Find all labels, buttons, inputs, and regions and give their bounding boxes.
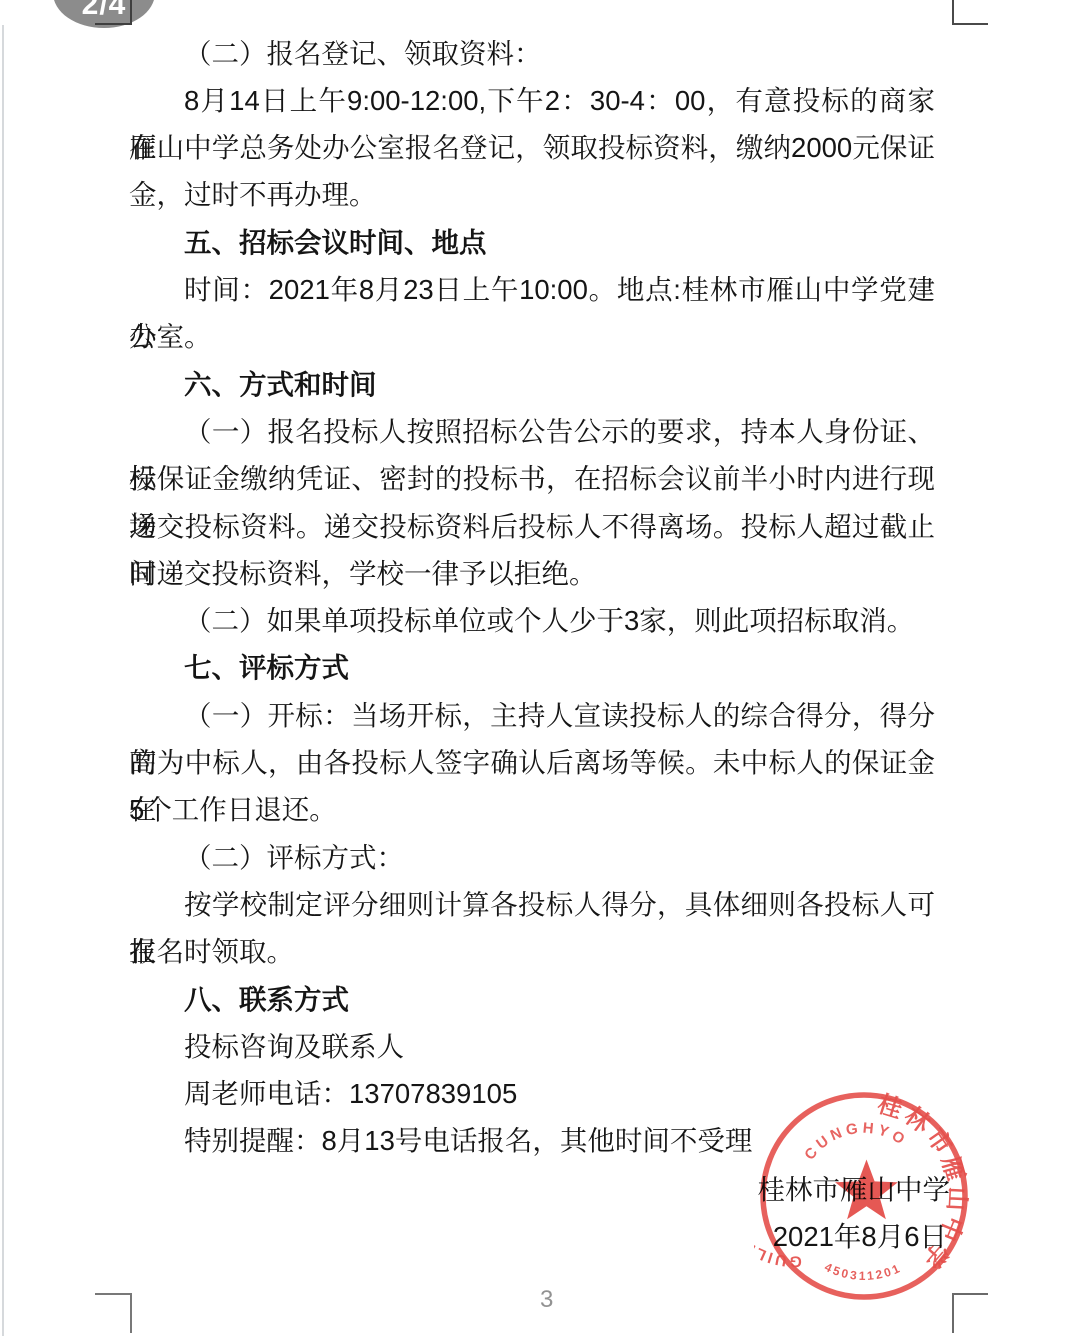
document-page: 2/4 （二）报名登记、领取资料：8月14日上午9:00-12:00,下午2：3…: [0, 0, 1080, 1336]
doc-line: 投标咨询及联系人: [129, 1023, 935, 1070]
doc-line: 标保证金缴纳凭证、密封的投标书，在招标会议前半小时内进行现场: [129, 455, 935, 502]
doc-line: 公室。: [129, 313, 935, 360]
doc-line: （一）开标：当场开标，主持人宣读投标人的综合得分，得分高: [129, 692, 935, 739]
text-boundary-mark-top-left: [95, 0, 132, 25]
doc-line: 时间：2021年8月23日上午10:00。地点:桂林市雁山中学党建办: [129, 266, 935, 313]
text-boundary-mark-top-right: [952, 0, 988, 25]
doc-line: 的为中标人，由各投标人签字确认后离场等候。未中标人的保证金在: [129, 739, 935, 786]
doc-line: 五、招标会议时间、地点: [129, 219, 935, 266]
seal-star: [835, 1160, 898, 1220]
doc-line: 金，过时不再办理。: [129, 171, 935, 218]
doc-line: 雁山中学总务处办公室报名登记，领取投标资料，缴纳2000元保证: [129, 124, 935, 171]
doc-line: 递交投标资料。递交投标资料后投标人不得离场。投标人超过截止时: [129, 503, 935, 550]
doc-line: （二）如果单项投标单位或个人少于3家，则此项招标取消。: [129, 597, 935, 644]
doc-line: （二）评标方式：: [129, 834, 935, 881]
official-seal-stamp: GUILINZ SI YENSANH 桂林市雁山中学 CUNGHYOZ 4503…: [754, 1086, 974, 1306]
doc-line: 六、方式和时间: [129, 361, 935, 408]
doc-line: （一）报名投标人按照招标公告公示的要求，持本人身份证、投: [129, 408, 935, 455]
doc-line: 报名时领取。: [129, 928, 935, 975]
doc-line: 间递交投标资料，学校一律予以拒绝。: [129, 550, 935, 597]
doc-line: 八、联系方式: [129, 976, 935, 1023]
doc-line: 5个工作日退还。: [129, 786, 935, 833]
doc-line: 按学校制定评分细则计算各投标人得分，具体细则各投标人可在: [129, 881, 935, 928]
doc-line: 七、评标方式: [129, 644, 935, 691]
screen-edge-line: [2, 25, 4, 1336]
text-boundary-mark-bottom-left: [95, 1293, 132, 1333]
page-number: 3: [540, 1286, 553, 1314]
doc-line: （二）报名登记、领取资料：: [129, 30, 935, 77]
doc-line: 8月14日上午9:00-12:00,下午2：30-4：00，有意投标的商家在: [129, 77, 935, 124]
